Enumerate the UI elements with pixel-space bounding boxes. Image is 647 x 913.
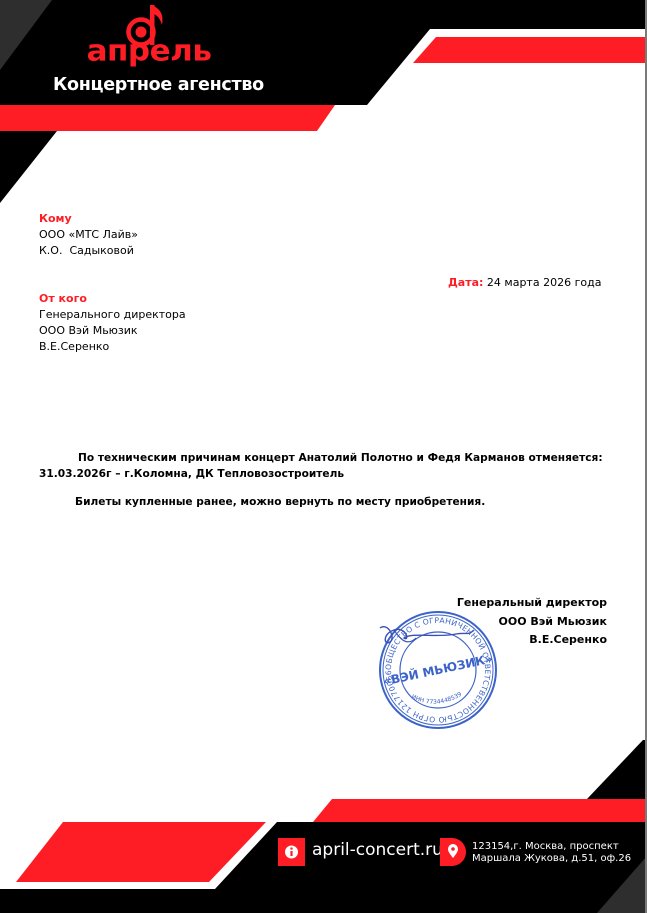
address-icon-box: [440, 838, 466, 866]
header-red-band-left: [0, 105, 335, 131]
info-icon: [278, 838, 305, 866]
footer-red-band-left: [16, 822, 266, 882]
footer-red-band-right: [313, 799, 647, 822]
recipient-company: ООО «МТС Лайв»: [39, 227, 138, 243]
recipient-block: Кому ООО «МТС Лайв» К.О. Садыковой: [39, 211, 138, 259]
body-paragraph-1-line-2: 31.03.2026г – г.Коломна, ДК Тепловозостр…: [39, 466, 344, 482]
website-link[interactable]: april-concert.ru: [312, 840, 443, 860]
recipient-person: К.О. Садыковой: [39, 243, 138, 259]
sender-label: От кого: [39, 291, 186, 307]
brand-name: апрель: [84, 37, 214, 66]
map-pin-icon: [440, 838, 466, 866]
recipient-label: Кому: [39, 211, 138, 227]
address-line-2: Маршала Жукова, д.51, оф.26: [472, 853, 631, 865]
body-paragraph-1-line-1: По техническим причинам концерт Анатолий…: [78, 450, 603, 466]
footer-black-triangle-right: [587, 740, 647, 799]
signature-company: ООО Вэй Мьюзик: [420, 613, 607, 632]
address-block: 123154,г. Москва, проспект Маршала Жуков…: [472, 841, 631, 865]
sender-title: Генерального директора: [39, 307, 186, 323]
agency-subtitle: Концертное агенство: [53, 75, 264, 95]
header-red-band-right: [413, 37, 647, 63]
signature-block: Генеральный директор ООО Вэй Мьюзик В.Е.…: [420, 594, 607, 650]
sender-block: От кого Генерального директора ООО Вэй М…: [39, 291, 186, 355]
header-black-triangle-left: [0, 131, 57, 203]
sender-company: ООО Вэй Мьюзик: [39, 323, 186, 339]
signature-name: В.Е.Серенко: [420, 631, 607, 650]
date-line: Дата: 24 марта 2026 года: [448, 275, 601, 291]
stamp-center-text: «ВЭЙ МЬЮЗИК»: [382, 651, 494, 689]
date-label: Дата:: [448, 276, 483, 289]
sender-name: В.Е.Серенко: [39, 339, 186, 355]
date-value: 24 марта 2026 года: [487, 276, 602, 289]
website-icon-box: [278, 838, 305, 866]
address-line-1: 123154,г. Москва, проспект: [472, 841, 631, 853]
body-paragraph-2: Билеты купленные ранее, можно вернуть по…: [75, 494, 485, 510]
signature-title: Генеральный директор: [420, 594, 607, 613]
